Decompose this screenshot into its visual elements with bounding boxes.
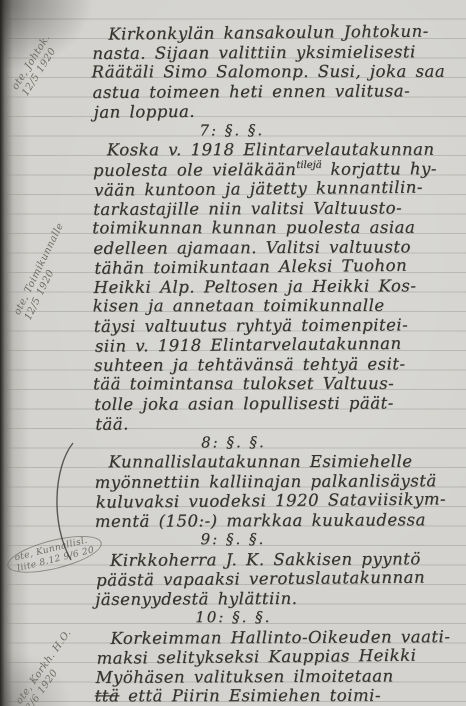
- manuscript-line: jan loppua.: [94, 99, 464, 122]
- manuscript-text-run: kuluvaksi vuodeksi 1920 Sataviisikym-: [96, 489, 447, 511]
- manuscript-text-run: myönnettiin kalliinajan palkanlisäystä: [95, 471, 437, 492]
- manuscript-line: tolle joka asian lopullisesti päät-: [94, 393, 464, 414]
- manuscript-text-run: korjattu hy-: [322, 159, 437, 179]
- section-heading: 8: §. §.: [94, 432, 464, 453]
- manuscript-line: kisen ja annetaan toimikunnalle: [93, 296, 463, 316]
- manuscript-text-run: Myöhäsen valituksen ilmoitetaan: [96, 666, 394, 687]
- section-heading: 10: §. §.: [94, 608, 464, 628]
- margin-note-4: ote, Korkh. H.O.2/6 1920: [14, 628, 83, 706]
- inserted-word: tilejä: [296, 159, 321, 170]
- manuscript-line: edelleen ajamaan. Valitsi valtuusto: [93, 237, 463, 258]
- manuscript-line: Räätäli Simo Salomonp. Susi, joka saa: [91, 62, 461, 82]
- manuscript-text-run: siin v. 1918 Elintarvelautakunnan: [95, 334, 402, 356]
- manuscript-text-run: tähän toimikuntaan Aleksi Tuohon: [94, 256, 407, 278]
- manuscript-line: puolesta ole vieläkääntilejä korjattu hy…: [93, 159, 463, 180]
- manuscript-text-run: maksi selitykseksi Kauppias Heikki: [96, 646, 416, 668]
- manuscript-text-run: tää.: [95, 414, 129, 433]
- section-heading: 9: §. §.: [94, 530, 464, 550]
- section-brace-mark: [50, 440, 76, 564]
- manuscript-text-run: tää toimintansa tulokset Valtuus-: [93, 374, 394, 394]
- manuscript-text-run: astua toimeen heti ennen valitusa-: [93, 81, 411, 102]
- manuscript-text-run: 10: §. §.: [195, 608, 271, 626]
- manuscript-line: jäsenyydestä hylättiin.: [95, 588, 465, 609]
- manuscript-line: Kunnallislautakunnan Esimiehelle: [93, 452, 463, 472]
- manuscript-text-run: puolesta ole vieläkään: [93, 159, 296, 179]
- manuscript-text-run: Kunnallislautakunnan Esimiehelle: [108, 452, 412, 472]
- manuscript-text-run: toimikunnan kunnan puolesta asiaa: [92, 218, 415, 238]
- manuscript-line: ttä että Piirin Esimiehen toimi-: [95, 686, 465, 706]
- manuscript-text: Kirkonkylän kansakoulun Johtokun-nasta. …: [92, 22, 466, 706]
- manuscript-line: nasta. Sijaan valittiin yksimielisesti: [92, 42, 462, 63]
- manuscript-text-run: Kirkkoherra J. K. Sakkisen pyyntö: [110, 549, 421, 570]
- manuscript-line: mentä (150:-) markkaa kuukaudessa: [95, 510, 465, 531]
- manuscript-line: Heikki Alp. Peltosen ja Heikki Kos-: [94, 276, 464, 297]
- manuscript-line: tää.: [95, 411, 465, 434]
- manuscript-line: astua toimeen heti ennen valitusa-: [93, 81, 463, 102]
- manuscript-line: tähän toimikuntaan Aleksi Tuohon: [94, 255, 464, 278]
- margin-note-2: ote, Toimikunnalle12/5 1920: [12, 221, 77, 322]
- manuscript-text-run: jäsenyydestä hylättiin.: [95, 588, 297, 608]
- manuscript-line: tää toimintansa tulokset Valtuus-: [93, 374, 463, 394]
- manuscript-line: Myöhäsen valituksen ilmoitetaan: [96, 666, 466, 687]
- manuscript-line: Kirkonkylän kansakoulun Johtokun-: [93, 21, 463, 44]
- manuscript-text-run: vään kuntoon ja jätetty kunnantilin-: [94, 178, 423, 200]
- manuscript-line: suhteen ja tehtävänsä tehtyä esit-: [94, 354, 464, 375]
- manuscript-text-run: Räätäli Simo Salomonp. Susi, joka saa: [91, 62, 445, 82]
- manuscript-line: tarkastajille niin valitsi Valtuusto-: [93, 198, 463, 219]
- manuscript-line: täysi valtuutus ryhtyä toimenpitei-: [94, 315, 464, 336]
- manuscript-text-run: kisen ja annetaan toimikunnalle: [93, 296, 385, 316]
- manuscript-scan-page: { "page": { "colors": { "paper": "#d4d3c…: [0, 0, 466, 706]
- manuscript-text-run: Koska v. 1918 Elintarvelautakunnan: [107, 140, 435, 160]
- manuscript-line: Koska v. 1918 Elintarvelautakunnan: [92, 140, 462, 160]
- manuscript-text-run: tolle joka asian lopullisesti päät-: [94, 393, 394, 414]
- manuscript-text-run: mentä (150:-) markkaa kuukaudessa: [95, 510, 426, 531]
- section-heading: 7: §. §.: [93, 120, 463, 141]
- manuscript-line: siin v. 1918 Elintarvelautakunnan: [95, 333, 465, 356]
- manuscript-text-run: 7: §. §.: [199, 121, 264, 139]
- manuscript-line: Korkeimman Hallinto-Oikeuden vaati-: [95, 627, 465, 648]
- manuscript-text-run: tarkastajille niin valitsi Valtuusto-: [93, 198, 402, 219]
- manuscript-text-run: täysi valtuutus ryhtyä toimenpitei-: [94, 315, 409, 336]
- margin-note-1: ote, Johtok.12/5 1920: [10, 33, 63, 99]
- manuscript-text-run: Korkeimman Hallinto-Oikeuden vaati-: [110, 627, 450, 648]
- manuscript-text-run: päästä vapaaksi verotuslautakunnan: [96, 568, 425, 590]
- manuscript-text-run: 8: §. §.: [201, 433, 266, 451]
- manuscript-text-run: 9: §. §.: [201, 530, 266, 548]
- manuscript-text-run: nasta. Sijaan valittiin yksimielisesti: [92, 42, 416, 63]
- manuscript-line: päästä vapaaksi verotuslautakunnan: [96, 567, 466, 590]
- struck-out-word: ttä: [95, 686, 120, 705]
- manuscript-line: vään kuntoon ja jätetty kunnantilin-: [94, 177, 464, 200]
- manuscript-text-run: jan loppua.: [94, 102, 196, 122]
- manuscript-line: kuluvaksi vuodeksi 1920 Sataviisikym-: [96, 489, 466, 512]
- manuscript-text-run: suhteen ja tehtävänsä tehtyä esit-: [94, 354, 406, 375]
- manuscript-text-run: Heikki Alp. Peltosen ja Heikki Kos-: [94, 276, 417, 297]
- manuscript-line: maksi selitykseksi Kauppias Heikki: [96, 645, 466, 668]
- manuscript-text-run: että Piirin Esimiehen toimi-: [119, 686, 381, 705]
- manuscript-text-run: Kirkonkylän kansakoulun Johtokun-: [108, 22, 429, 44]
- manuscript-line: toimikunnan kunnan puolesta asiaa: [92, 218, 462, 238]
- manuscript-text-run: edelleen ajamaan. Valitsi valtuusto: [93, 237, 411, 258]
